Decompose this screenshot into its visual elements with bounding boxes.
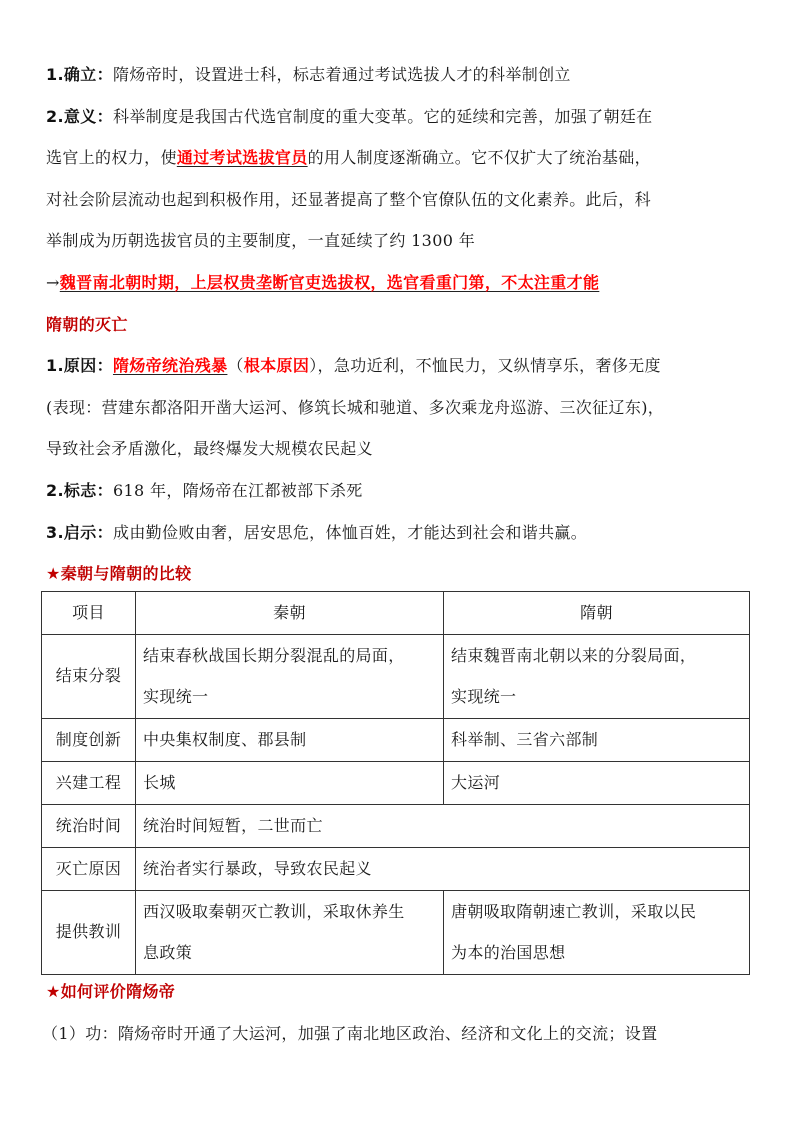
header-cell: 秦朝	[136, 592, 444, 635]
cell-line: 结束春秋战国长期分裂混乱的局面，	[143, 635, 436, 677]
qin-cell: 长城	[136, 761, 444, 804]
row-label: 结束分裂	[42, 634, 136, 718]
section-title-evaluation: ★如何评价隋炀帝	[46, 971, 751, 1013]
cell-line: 息政策	[143, 932, 436, 974]
cell-line: 实现统一	[451, 676, 742, 718]
label-mark: 2.标志：	[46, 481, 113, 500]
cause-text: ），急功近利，不恤民力，又纵情享乐，奢侈无度	[309, 356, 661, 375]
merged-cell: 统治者实行暴政，导致农民起义	[136, 847, 750, 890]
row-label: 提供教训	[42, 890, 136, 974]
significance-line4: 举制成为历朝选拔官员的主要制度，一直延续了约 1300 年	[46, 220, 751, 262]
highlight-tyranny: 隋炀帝统治残暴	[113, 356, 227, 375]
cause-line2: (表现：营建东都洛阳开凿大运河、修筑长城和驰道、多次乘龙舟巡游、三次征辽东)，	[46, 387, 751, 429]
sui-cell: 大运河	[444, 761, 750, 804]
cell-line: 为本的治国思想	[451, 932, 742, 974]
cause-line3: 导致社会矛盾激化，最终爆发大规模农民起义	[46, 428, 751, 470]
row-label: 统治时间	[42, 804, 136, 847]
table-row: 结束分裂 结束春秋战国长期分裂混乱的局面，实现统一 结束魏晋南北朝以来的分裂局面…	[42, 634, 750, 718]
significance-line1: 科举制度是我国古代选官制度的重大变革。它的延续和完善，加强了朝廷在	[113, 107, 653, 126]
mark-text: 618 年，隋炀帝在江都被部下杀死	[113, 481, 363, 500]
establishment-text: 隋炀帝时，设置进士科，标志着通过考试选拔人才的科举制创立	[113, 65, 571, 84]
significance-text: 选官上的权力，使	[46, 148, 177, 167]
cell-line: 实现统一	[143, 676, 436, 718]
row-label: 灭亡原因	[42, 847, 136, 890]
arrow-note: →魏晋南北朝时期，上层权贵垄断官吏选拔权，选官看重门第，不太注重才能	[46, 262, 751, 304]
table-header-row: 项目 秦朝 隋朝	[42, 592, 750, 635]
keju-establishment: 1.确立：隋炀帝时，设置进士科，标志着通过考试选拔人才的科举制创立	[46, 54, 751, 96]
paren: （	[227, 356, 243, 375]
label-lesson: 3.启示：	[46, 523, 113, 542]
keju-significance: 2.意义：科举制度是我国古代选官制度的重大变革。它的延续和完善，加强了朝廷在	[46, 96, 751, 138]
arrow-icon: →	[46, 273, 60, 292]
label-significance: 2.意义：	[46, 107, 113, 126]
section-title-comparison: ★秦朝与隋朝的比较	[46, 553, 751, 595]
significance-line3: 对社会阶层流动也起到积极作用，还显著提高了整个官僚队伍的文化素养。此后，科	[46, 179, 751, 221]
highlight-exam-selection: 通过考试选拔官员	[177, 148, 308, 167]
merged-cell: 统治时间短暂，二世而亡	[136, 804, 750, 847]
section-title-sui-fall: 隋朝的灭亡	[46, 304, 751, 346]
row-label: 兴建工程	[42, 761, 136, 804]
cell-line: 唐朝吸取隋朝速亡教训，采取以民	[451, 891, 742, 933]
row-label: 制度创新	[42, 718, 136, 761]
highlight-root-cause: 根本原因	[244, 356, 309, 375]
evaluation-section: ★如何评价隋炀帝 （1）功：隋炀帝时开通了大运河，加强了南北地区政治、经济和文化…	[46, 971, 751, 1054]
label-establishment: 1.确立：	[46, 65, 113, 84]
significance-line2: 选官上的权力，使通过考试选拔官员的用人制度逐渐确立。它不仅扩大了统治基础，	[46, 137, 751, 179]
fall-mark: 2.标志：618 年，隋炀帝在江都被部下杀死	[46, 470, 751, 512]
header-cell: 项目	[42, 592, 136, 635]
comparison-table: 项目 秦朝 隋朝 结束分裂 结束春秋战国长期分裂混乱的局面，实现统一 结束魏晋南…	[41, 591, 750, 975]
sui-cell: 结束魏晋南北朝以来的分裂局面，实现统一	[444, 634, 750, 718]
cell-line: 结束魏晋南北朝以来的分裂局面，	[451, 635, 742, 677]
table-row: 灭亡原因 统治者实行暴政，导致农民起义	[42, 847, 750, 890]
sui-cell: 唐朝吸取隋朝速亡教训，采取以民为本的治国思想	[444, 890, 750, 974]
table-row: 统治时间 统治时间短暂，二世而亡	[42, 804, 750, 847]
table-row: 提供教训 西汉吸取秦朝灭亡教训，采取休养生息政策 唐朝吸取隋朝速亡教训，采取以民…	[42, 890, 750, 974]
significance-text: 的用人制度逐渐确立。它不仅扩大了统治基础，	[308, 148, 651, 167]
sui-cell: 科举制、三省六部制	[444, 718, 750, 761]
table-row: 兴建工程 长城 大运河	[42, 761, 750, 804]
lesson-text: 成由勤俭败由奢，居安思危，体恤百姓，才能达到社会和谐共赢。	[113, 523, 587, 542]
document-body: 1.确立：隋炀帝时，设置进士科，标志着通过考试选拔人才的科举制创立 2.意义：科…	[46, 54, 751, 595]
qin-cell: 西汉吸取秦朝灭亡教训，采取休养生息政策	[136, 890, 444, 974]
evaluation-merit: （1）功：隋炀帝时开通了大运河，加强了南北地区政治、经济和文化上的交流；设置	[42, 1013, 751, 1055]
qin-cell: 结束春秋战国长期分裂混乱的局面，实现统一	[136, 634, 444, 718]
label-cause: 1.原因：	[46, 356, 113, 375]
fall-cause: 1.原因：隋炀帝统治残暴（根本原因），急功近利，不恤民力，又纵情享乐，奢侈无度	[46, 345, 751, 387]
qin-cell: 中央集权制度、郡县制	[136, 718, 444, 761]
fall-lesson: 3.启示：成由勤俭败由奢，居安思危，体恤百姓，才能达到社会和谐共赢。	[46, 512, 751, 554]
table-row: 制度创新 中央集权制度、郡县制 科举制、三省六部制	[42, 718, 750, 761]
cell-line: 西汉吸取秦朝灭亡教训，采取休养生	[143, 891, 436, 933]
highlight-nine-rank: 魏晋南北朝时期，上层权贵垄断官吏选拔权，选官看重门第，不太注重才能	[60, 273, 600, 292]
header-cell: 隋朝	[444, 592, 750, 635]
